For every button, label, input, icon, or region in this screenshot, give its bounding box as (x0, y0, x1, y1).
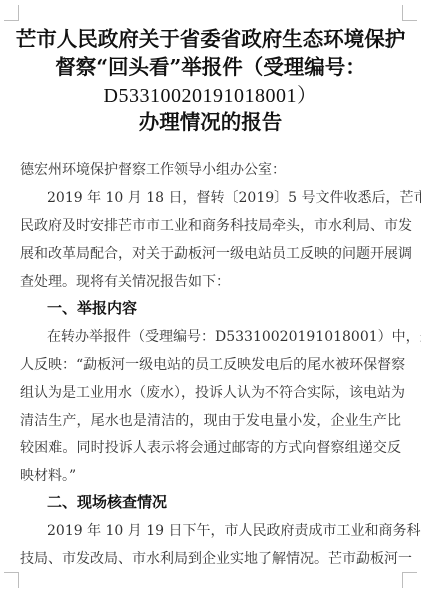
section-2-line-2: 技局、市发改局、市水利局到企业实地了解情况。芒市勐板河一 (20, 548, 401, 568)
document-title-line-4: 办理情况的报告 (0, 105, 421, 135)
corner-mark-top-right-v (402, 5, 403, 21)
document-page: 芒市人民政府关于省委省政府生态环境保护 督察“回头看”举报件（受理编号： D53… (0, 0, 421, 600)
section-1-line-5: 较困难。同时投诉人表示将会通过邮寄的方式向督察组递交反 (20, 437, 401, 457)
document-title-line-2: 督察“回头看”举报件（受理编号： (0, 50, 421, 80)
section-1-line-2: 人反映：“勐板河一级电站的员工反映发电后的尾水被环保督察 (20, 354, 401, 374)
corner-mark-bottom-left-v (18, 572, 19, 588)
corner-mark-bottom-left-h (4, 572, 19, 573)
corner-mark-top-left-v (18, 5, 19, 21)
corner-mark-top-right-h (402, 20, 417, 21)
section-1-line-1: 在转办举报件（受理编号：D53310020191018001）中，来电 (47, 326, 401, 346)
document-title-line-1: 芒市人民政府关于省委省政府生态环境保护 (0, 22, 421, 52)
document-title-line-3: D53310020191018001） (0, 79, 421, 108)
intro-line-3: 展和改革局配合，对关于勐板河一级电站员工反映的问题开展调 (20, 243, 401, 263)
addressee: 德宏州环境保护督察工作领导小组办公室： (20, 159, 401, 179)
intro-line-2: 民政府及时安排芒市市工业和商务科技局牵头，市水利局、市发 (20, 215, 401, 235)
corner-mark-top-left-h (4, 20, 19, 21)
section-2-line-1: 2019 年 10 月 19 日下午，市人民政府责成市工业和商务科 (47, 520, 401, 540)
corner-mark-bottom-right-h (402, 572, 417, 573)
corner-mark-bottom-right-v (402, 572, 403, 588)
intro-line-4: 查处理。现将有关情况报告如下： (20, 271, 401, 291)
intro-line-1: 2019 年 10 月 18 日，督转〔2019〕5 号文件收悉后，芒市人 (47, 187, 401, 207)
section-heading-site-inspection: 二、现场核查情况 (47, 491, 167, 512)
section-1-line-6: 映材料。” (20, 465, 401, 485)
section-heading-report-content: 一、举报内容 (47, 297, 137, 318)
section-1-line-3: 组认为是工业用水（废水），投诉人认为不符合实际，该电站为 (20, 382, 401, 402)
section-1-line-4: 清洁生产，尾水也是清洁的，现由于发电量小发，企业生产比 (20, 410, 401, 430)
